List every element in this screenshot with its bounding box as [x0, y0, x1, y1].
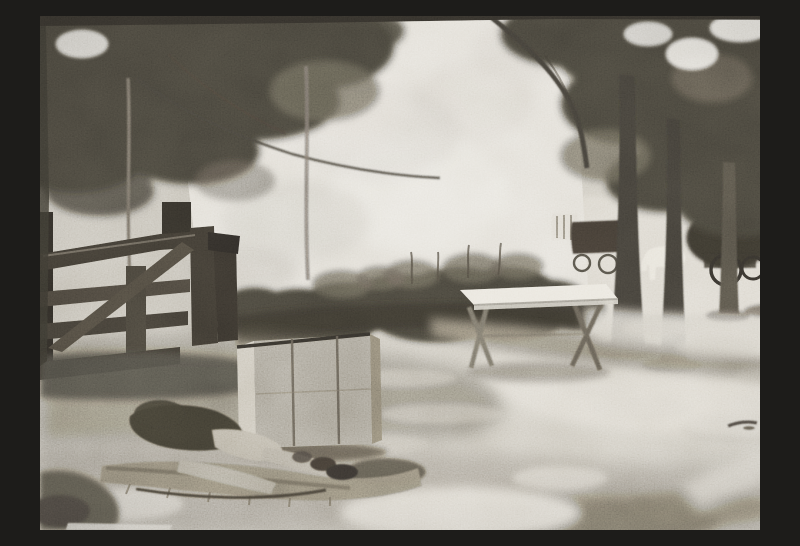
film-grain	[40, 16, 760, 530]
photo-canvas	[40, 16, 760, 530]
photograph	[40, 16, 760, 530]
